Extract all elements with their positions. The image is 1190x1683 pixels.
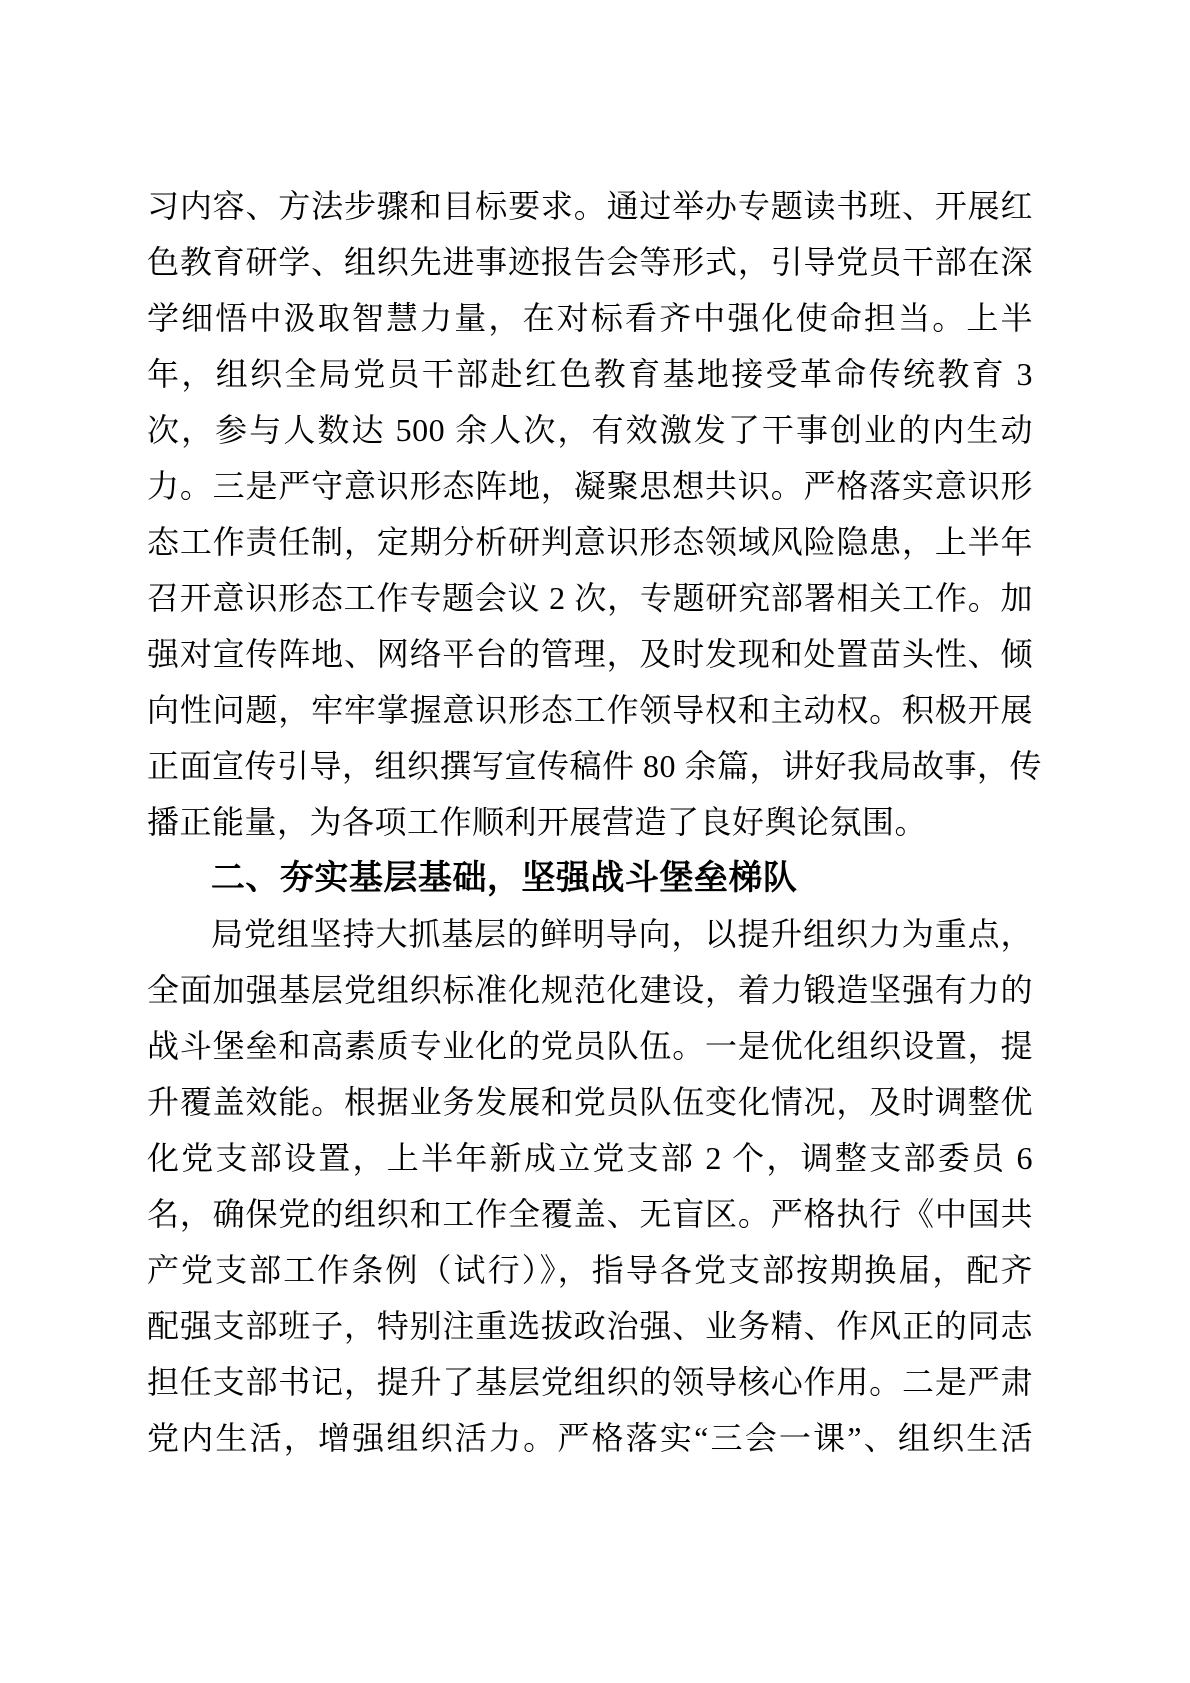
document-page: 习内容、方法步骤和目标要求。通过举办专题读书班、开展红 色教育研学、组织先进事迹… bbox=[0, 0, 1190, 1683]
text-line: 强对宣传阵地、网络平台的管理，及时发现和处置苗头性、倾 bbox=[147, 626, 1033, 682]
text-line: 局党组坚持大抓基层的鲜明导向，以提升组织力为重点， bbox=[147, 906, 1033, 962]
text-line: 党内生活，增强组织活力。严格落实“三会一课”、组织生活 bbox=[147, 1410, 1033, 1466]
text-line: 正面宣传引导，组织撰写宣传稿件 80 余篇，讲好我局故事，传 bbox=[147, 738, 1033, 794]
text-line: 升覆盖效能。根据业务发展和党员队伍变化情况，及时调整优 bbox=[147, 1074, 1033, 1130]
paragraph: 局党组坚持大抓基层的鲜明导向，以提升组织力为重点， 全面加强基层党组织标准化规范… bbox=[147, 906, 1033, 1466]
text-line: 担任支部书记，提升了基层党组织的领导核心作用。二是严肃 bbox=[147, 1354, 1033, 1410]
text-line: 色教育研学、组织先进事迹报告会等形式，引导党员干部在深 bbox=[147, 234, 1033, 290]
text-line: 全面加强基层党组织标准化规范化建设，着力锻造坚强有力的 bbox=[147, 962, 1033, 1018]
text-line: 战斗堡垒和高素质专业化的党员队伍。一是优化组织设置，提 bbox=[147, 1018, 1033, 1074]
text-line: 态工作责任制，定期分析研判意识形态领域风险隐患，上半年 bbox=[147, 514, 1033, 570]
paragraph-continuation: 习内容、方法步骤和目标要求。通过举办专题读书班、开展红 色教育研学、组织先进事迹… bbox=[147, 178, 1033, 850]
text-line: 习内容、方法步骤和目标要求。通过举办专题读书班、开展红 bbox=[147, 178, 1033, 234]
text-line: 次，参与人数达 500 余人次，有效激发了干事创业的内生动 bbox=[147, 402, 1033, 458]
text-line: 向性问题，牢牢掌握意识形态工作领导权和主动权。积极开展 bbox=[147, 682, 1033, 738]
text-line: 力。三是严守意识形态阵地，凝聚思想共识。严格落实意识形 bbox=[147, 458, 1033, 514]
text-line: 年，组织全局党员干部赴红色教育基地接受革命传统教育 3 bbox=[147, 346, 1033, 402]
text-line: 召开意识形态工作专题会议 2 次，专题研究部署相关工作。加 bbox=[147, 570, 1033, 626]
text-line: 产党支部工作条例（试行）》，指导各党支部按期换届，配齐 bbox=[147, 1242, 1033, 1298]
text-line: 播正能量，为各项工作顺利开展营造了良好舆论氛围。 bbox=[147, 794, 1033, 850]
document-body: 习内容、方法步骤和目标要求。通过举办专题读书班、开展红 色教育研学、组织先进事迹… bbox=[147, 178, 1033, 1466]
text-line: 化党支部设置，上半年新成立党支部 2 个，调整支部委员 6 bbox=[147, 1130, 1033, 1186]
section-heading: 二、夯实基层基础，坚强战斗堡垒梯队 bbox=[147, 850, 1033, 906]
text-line: 学细悟中汲取智慧力量，在对标看齐中强化使命担当。上半 bbox=[147, 290, 1033, 346]
text-line: 名，确保党的组织和工作全覆盖、无盲区。严格执行《中国共 bbox=[147, 1186, 1033, 1242]
text-line: 配强支部班子，特别注重选拔政治强、业务精、作风正的同志 bbox=[147, 1298, 1033, 1354]
